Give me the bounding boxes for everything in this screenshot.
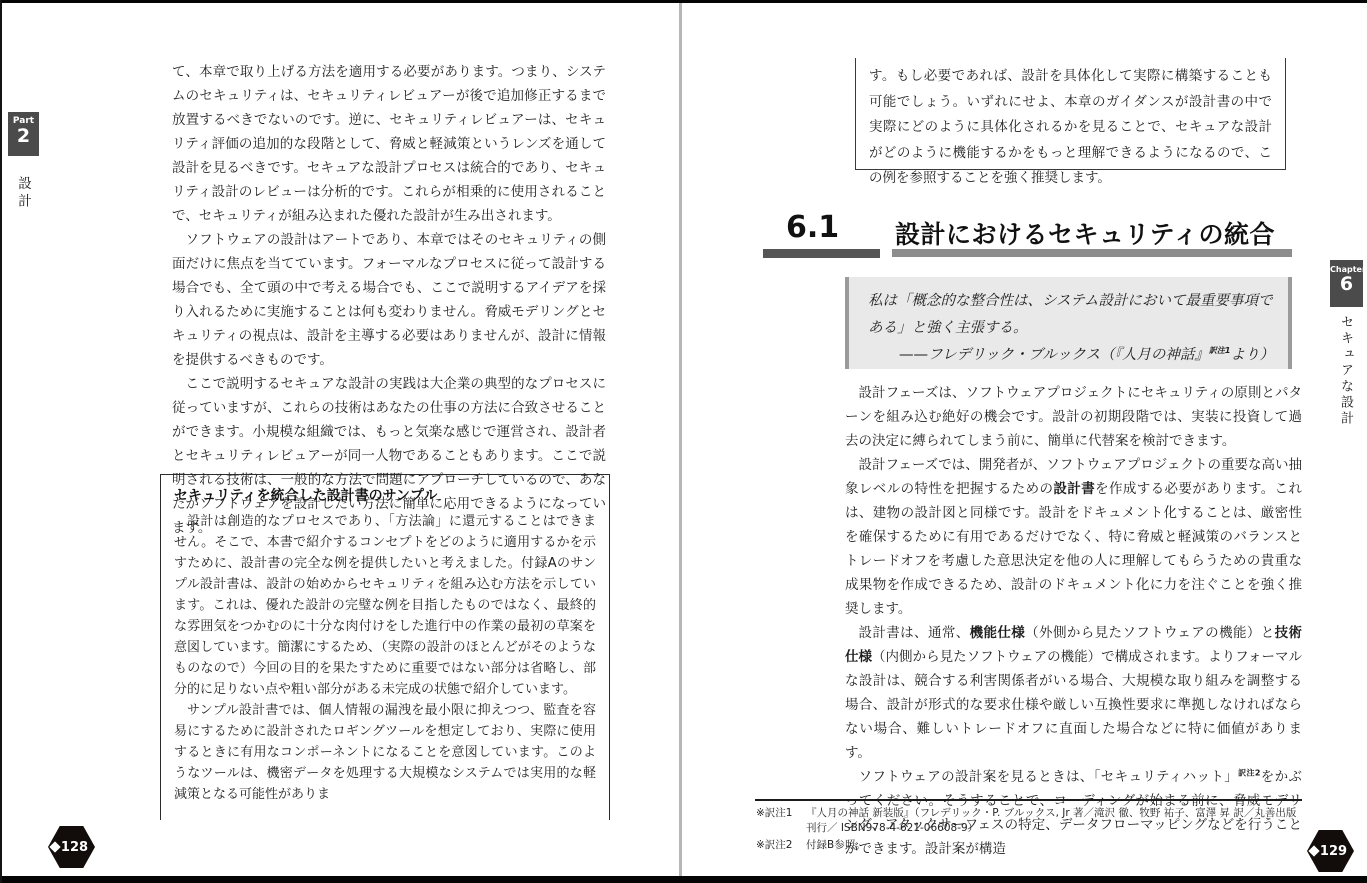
section-title: 設計におけるセキュリティの統合 — [895, 215, 1275, 251]
body-paragraph: 設計フェーズでは、開発者が、ソフトウェアプロジェクトの重要な高い抽象レベルの特性… — [845, 453, 1302, 621]
footnote-text: 付録B参照。 — [806, 838, 1304, 853]
column-paragraph: 設計は創造的なプロセスであり、「方法論」に還元することはできません。そこで、本書… — [174, 511, 596, 700]
quote-attribution: ——フレデリック・ブルックス（『人月の神話』訳注1より） — [868, 342, 1274, 369]
part-number: 2 — [8, 125, 39, 147]
footnote-text: 『人月の神話 新装版』（フレデリック・P. ブルックス, Jr 著／滝沢 徹、牧… — [806, 806, 1304, 836]
column-tab: Column — [160, 480, 161, 538]
page-badge-diamond-icon — [49, 841, 60, 852]
book-spread: Part 2 設計 て、本章で取り上げる方法を適用する必要があります。つまり、シ… — [0, 0, 1367, 883]
part-side-title: 設計 — [13, 176, 33, 211]
body-paragraph: て、本章で取り上げる方法を適用する必要があります。つまり、システムのセキュリティ… — [172, 60, 606, 228]
column-text: 設計は創造的なプロセスであり、「方法論」に還元することはできません。そこで、本書… — [174, 511, 596, 805]
page-number: 128 — [61, 840, 88, 855]
section-title-bar — [892, 249, 1292, 257]
page-number: 129 — [1320, 844, 1347, 859]
footnote-rule — [755, 799, 1302, 801]
column-title: セキュリティを統合した設計書のサンプル — [174, 485, 596, 505]
scan-edge-bottom — [0, 876, 1367, 883]
right-page-body: 設計フェーズは、ソフトウェアプロジェクトにセキュリティの原則とパターンを組み込む… — [845, 381, 1302, 861]
footnote-item: ※訳注1 『人月の神話 新装版』（フレデリック・P. ブルックス, Jr 著／滝… — [756, 806, 1304, 836]
footnote-label: ※訳注2 — [756, 838, 806, 853]
part-tab: Part 2 — [8, 112, 39, 156]
quote-box: 私は「概念的な整合性は、システム設計において最重要事項である」と強く主張する。 … — [845, 277, 1292, 369]
column-box: Column セキュリティを統合した設計書のサンプル 設計は創造的なプロセスであ… — [160, 474, 610, 820]
page-gutter — [679, 3, 682, 876]
page-number-badge-left: 128 — [48, 826, 95, 868]
continued-paragraph: す。もし必要であれば、設計を具体化して実際に構築することも可能でしょう。いずれに… — [869, 64, 1272, 192]
scan-edge-left — [0, 0, 2, 883]
footnote-item: ※訳注2 付録B参照。 — [756, 838, 1304, 853]
body-paragraph: ソフトウェアの設計はアートであり、本章ではそのセキュリティの側面だけに焦点を当て… — [172, 228, 606, 372]
footnote-label: ※訳注1 — [756, 806, 806, 836]
scan-edge-top — [0, 0, 1367, 3]
quote-text: 私は「概念的な整合性は、システム設計において最重要事項である」と強く主張する。 — [868, 288, 1274, 342]
continued-text-box: す。もし必要であれば、設計を具体化して実際に構築することも可能でしょう。いずれに… — [855, 58, 1286, 170]
page-number-badge-right: 129 — [1307, 830, 1354, 872]
section-number-bar — [763, 249, 880, 258]
section-number: 6.1 — [786, 210, 839, 245]
body-paragraph: 設計フェーズは、ソフトウェアプロジェクトにセキュリティの原則とパターンを組み込む… — [845, 381, 1302, 453]
page-badge-diamond-icon — [1308, 845, 1319, 856]
chapter-side-title: セキュアな設計 — [1336, 315, 1355, 427]
chapter-tab: Chapter 6 — [1330, 260, 1363, 307]
body-paragraph: 設計書は、通常、機能仕様（外側から見たソフトウェアの機能）と技術仕様（内側から見… — [845, 621, 1302, 765]
footnotes: ※訳注1 『人月の神話 新装版』（フレデリック・P. ブルックス, Jr 著／滝… — [756, 806, 1304, 855]
column-paragraph: サンプル設計書では、個人情報の漏洩を最小限に抑えつつ、監査を容易にするために設計… — [174, 700, 596, 805]
left-page-body: て、本章で取り上げる方法を適用する必要があります。つまり、システムのセキュリティ… — [172, 60, 606, 540]
chapter-number: 6 — [1330, 273, 1363, 295]
